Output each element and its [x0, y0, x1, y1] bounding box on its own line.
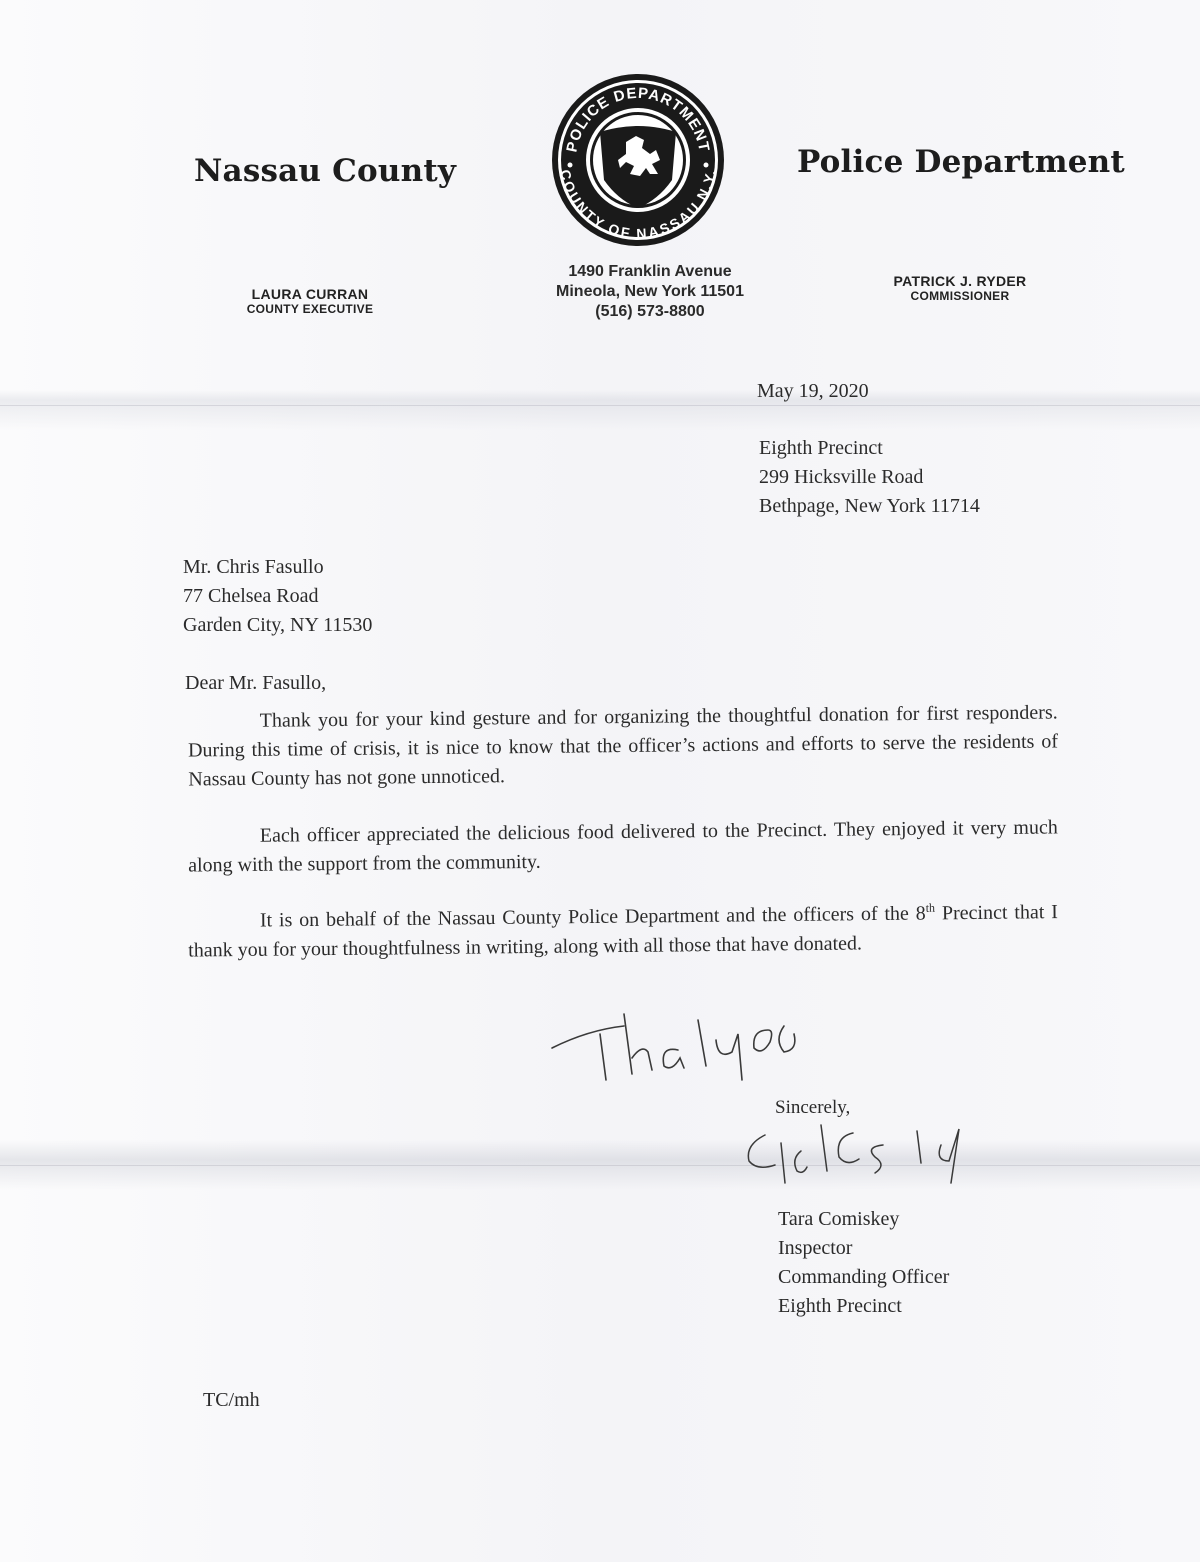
- commissioner-title: COMMISSIONER: [870, 289, 1050, 303]
- handwritten-thank-you-note: Thank you: [548, 1000, 828, 1090]
- sender-address: Eighth Precinct 299 Hicksville Road Beth…: [759, 434, 980, 521]
- letter-page: Nassau County Police Department POLICE D…: [0, 0, 1200, 1562]
- sender-address-line1: Eighth Precinct: [759, 434, 980, 463]
- letterhead-right-title: Police Department: [797, 144, 1125, 180]
- body-paragraph-3: It is on behalf of the Nassau County Pol…: [188, 892, 1059, 965]
- signer-role: Commanding Officer: [778, 1263, 949, 1292]
- reference-initials: TC/mh: [203, 1386, 260, 1415]
- address-phone: (516) 573-8800: [520, 302, 780, 322]
- police-seal-icon: POLICE DEPARTMENT COUNTY OF NASSAU N.Y.: [548, 70, 728, 250]
- county-executive-name: LAURA CURRAN: [220, 286, 400, 302]
- body-paragraph-2: Each officer appreciated the delicious f…: [188, 813, 1059, 880]
- county-executive-block: LAURA CURRAN COUNTY EXECUTIVE: [220, 286, 400, 316]
- letter-date: May 19, 2020: [757, 377, 869, 406]
- recipient-address: Mr. Chris Fasullo 77 Chelsea Road Garden…: [183, 553, 372, 640]
- commissioner-block: PATRICK J. RYDER COMMISSIONER: [870, 273, 1050, 303]
- body-paragraph-1: Thank you for your kind gesture and for …: [188, 698, 1059, 794]
- letterhead-left-title: Nassau County: [194, 153, 456, 189]
- address-street: 1490 Franklin Avenue: [520, 262, 780, 282]
- sender-address-line3: Bethpage, New York 11714: [759, 492, 980, 521]
- signer-name: Tara Comiskey: [778, 1205, 949, 1234]
- county-executive-title: COUNTY EXECUTIVE: [220, 302, 400, 316]
- recipient-street: 77 Chelsea Road: [183, 582, 372, 611]
- signer-title: Inspector: [778, 1234, 949, 1263]
- signer-block: Tara Comiskey Inspector Commanding Offic…: [778, 1205, 949, 1321]
- department-address: 1490 Franklin Avenue Mineola, New York 1…: [520, 262, 780, 322]
- signature-icon: [735, 1115, 1035, 1195]
- salutation: Dear Mr. Fasullo,: [185, 669, 326, 698]
- sender-address-line2: 299 Hicksville Road: [759, 463, 980, 492]
- commissioner-name: PATRICK J. RYDER: [870, 273, 1050, 289]
- address-city: Mineola, New York 11501: [520, 282, 780, 302]
- recipient-city: Garden City, NY 11530: [183, 611, 372, 640]
- recipient-name: Mr. Chris Fasullo: [183, 553, 372, 582]
- fold-crease: [0, 405, 1200, 406]
- signer-unit: Eighth Precinct: [778, 1292, 949, 1321]
